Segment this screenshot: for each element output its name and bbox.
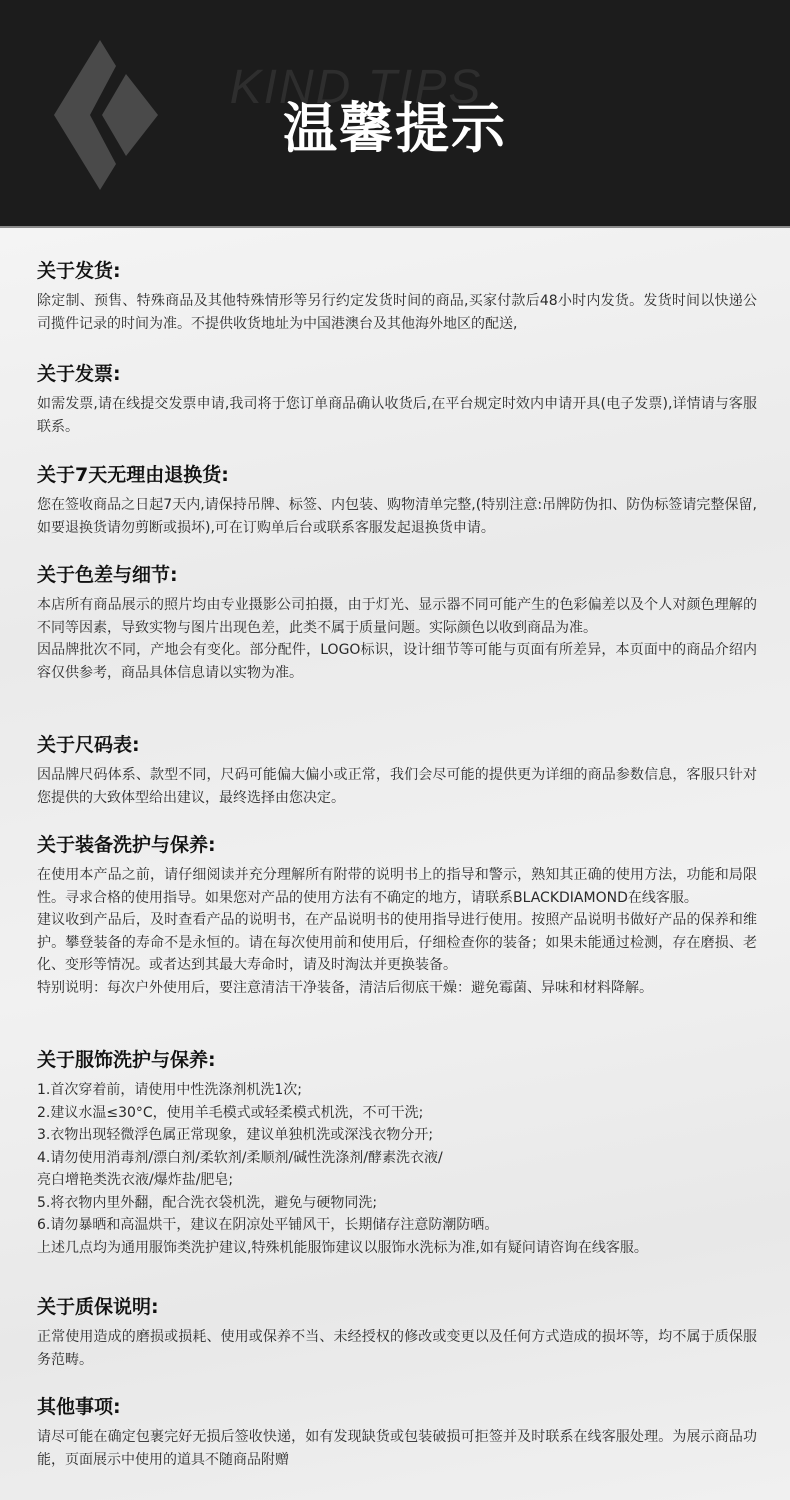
page-title: 温馨提示 <box>0 86 790 163</box>
section-text: 本店所有商品展示的照片均由专业摄影公司拍摄，由于灯光、显示器不同可能产生的色彩偏… <box>37 594 757 639</box>
section-text: 请尽可能在确定包裹完好无损后签收快递，如有发现缺货或包装破损可拒签并及时联系在线… <box>37 1426 757 1471</box>
section-heading: 关于7天无理由退换货: <box>37 462 757 488</box>
section-text: 正常使用造成的磨损或损耗、使用或保养不当、未经授权的修改或变更以及任何方式造成的… <box>37 1326 757 1371</box>
section-heading: 关于色差与细节: <box>37 562 757 588</box>
list-item: 5.将衣物内里外翻，配合洗衣袋机洗，避免与硬物同洗; <box>37 1192 757 1215</box>
list-item: 1.首次穿着前，请使用中性洗涤剂机洗1次; <box>37 1079 757 1102</box>
section-text: 因品牌批次不同，产地会有变化。部分配件，LOGO标识，设计细节等可能与页面有所差… <box>37 639 757 684</box>
list-item: 2.建议水温≤30°C，使用羊毛模式或轻柔模式机洗，不可干洗; <box>37 1102 757 1125</box>
section-text: 如需发票,请在线提交发票申请,我司将于您订单商品确认收货后,在平台规定时效内申请… <box>37 393 757 438</box>
header-banner: KIND TIPS 温馨提示 <box>0 0 790 226</box>
list-item: 4.请勿使用消毒剂/漂白剂/柔软剂/柔顺剂/碱性洗涤剂/酵素洗衣液/ <box>37 1147 757 1170</box>
section-heading: 其他事项: <box>37 1394 757 1420</box>
section-heading: 关于服饰洗护与保养: <box>37 1047 757 1073</box>
section-gear-care: 关于装备洗护与保养: 在使用本产品之前，请仔细阅读并充分理解所有附带的说明书上的… <box>37 832 757 999</box>
section-text: 因品牌尺码体系、款型不同，尺码可能偏大偏小或正常，我们会尽可能的提供更为详细的商… <box>37 764 757 809</box>
section-shipping: 关于发货: 除定制、预售、特殊商品及其他特殊情形等另行约定发货时间的商品,买家付… <box>37 258 757 335</box>
section-text: 上述几点均为通用服饰类洗护建议,特殊机能服饰建议以服饰水洗标为准,如有疑问请咨询… <box>37 1237 757 1260</box>
section-heading: 关于装备洗护与保养: <box>37 832 757 858</box>
list-item: 3.衣物出现轻微浮色属正常现象，建议单独机洗或深浅衣物分开; <box>37 1124 757 1147</box>
section-warranty: 关于质保说明: 正常使用造成的磨损或损耗、使用或保养不当、未经授权的修改或变更以… <box>37 1294 757 1371</box>
section-other: 其他事项: 请尽可能在确定包裹完好无损后签收快递，如有发现缺货或包装破损可拒签并… <box>37 1394 757 1471</box>
section-returns: 关于7天无理由退换货: 您在签收商品之日起7天内,请保持吊牌、标签、内包装、购物… <box>37 462 757 539</box>
section-heading: 关于尺码表: <box>37 732 757 758</box>
list-item: 6.请勿暴晒和高温烘干，建议在阴凉处平铺风干，长期储存注意防潮防晒。 <box>37 1214 757 1237</box>
section-heading: 关于质保说明: <box>37 1294 757 1320</box>
section-heading: 关于发票: <box>37 361 757 387</box>
section-text: 除定制、预售、特殊商品及其他特殊情形等另行约定发货时间的商品,买家付款后48小时… <box>37 290 757 335</box>
section-color-details: 关于色差与细节: 本店所有商品展示的照片均由专业摄影公司拍摄，由于灯光、显示器不… <box>37 562 757 684</box>
section-text: 在使用本产品之前，请仔细阅读并充分理解所有附带的说明书上的指导和警示，熟知其正确… <box>37 864 757 909</box>
section-apparel-care: 关于服饰洗护与保养: 1.首次穿着前，请使用中性洗涤剂机洗1次; 2.建议水温≤… <box>37 1047 757 1259</box>
section-text: 特别说明：每次户外使用后，要注意清洁干净装备，清洁后彻底干燥：避免霉菌、异味和材… <box>37 977 757 1000</box>
list-item: 亮白增艳类洗衣液/爆炸盐/肥皂; <box>37 1169 757 1192</box>
section-text: 建议收到产品后，及时查看产品的说明书，在产品说明书的使用指导进行使用。按照产品说… <box>37 909 757 977</box>
section-invoice: 关于发票: 如需发票,请在线提交发票申请,我司将于您订单商品确认收货后,在平台规… <box>37 361 757 438</box>
section-heading: 关于发货: <box>37 258 757 284</box>
section-size-chart: 关于尺码表: 因品牌尺码体系、款型不同，尺码可能偏大偏小或正常，我们会尽可能的提… <box>37 732 757 809</box>
section-text: 您在签收商品之日起7天内,请保持吊牌、标签、内包装、购物清单完整,(特别注意:吊… <box>37 494 757 539</box>
